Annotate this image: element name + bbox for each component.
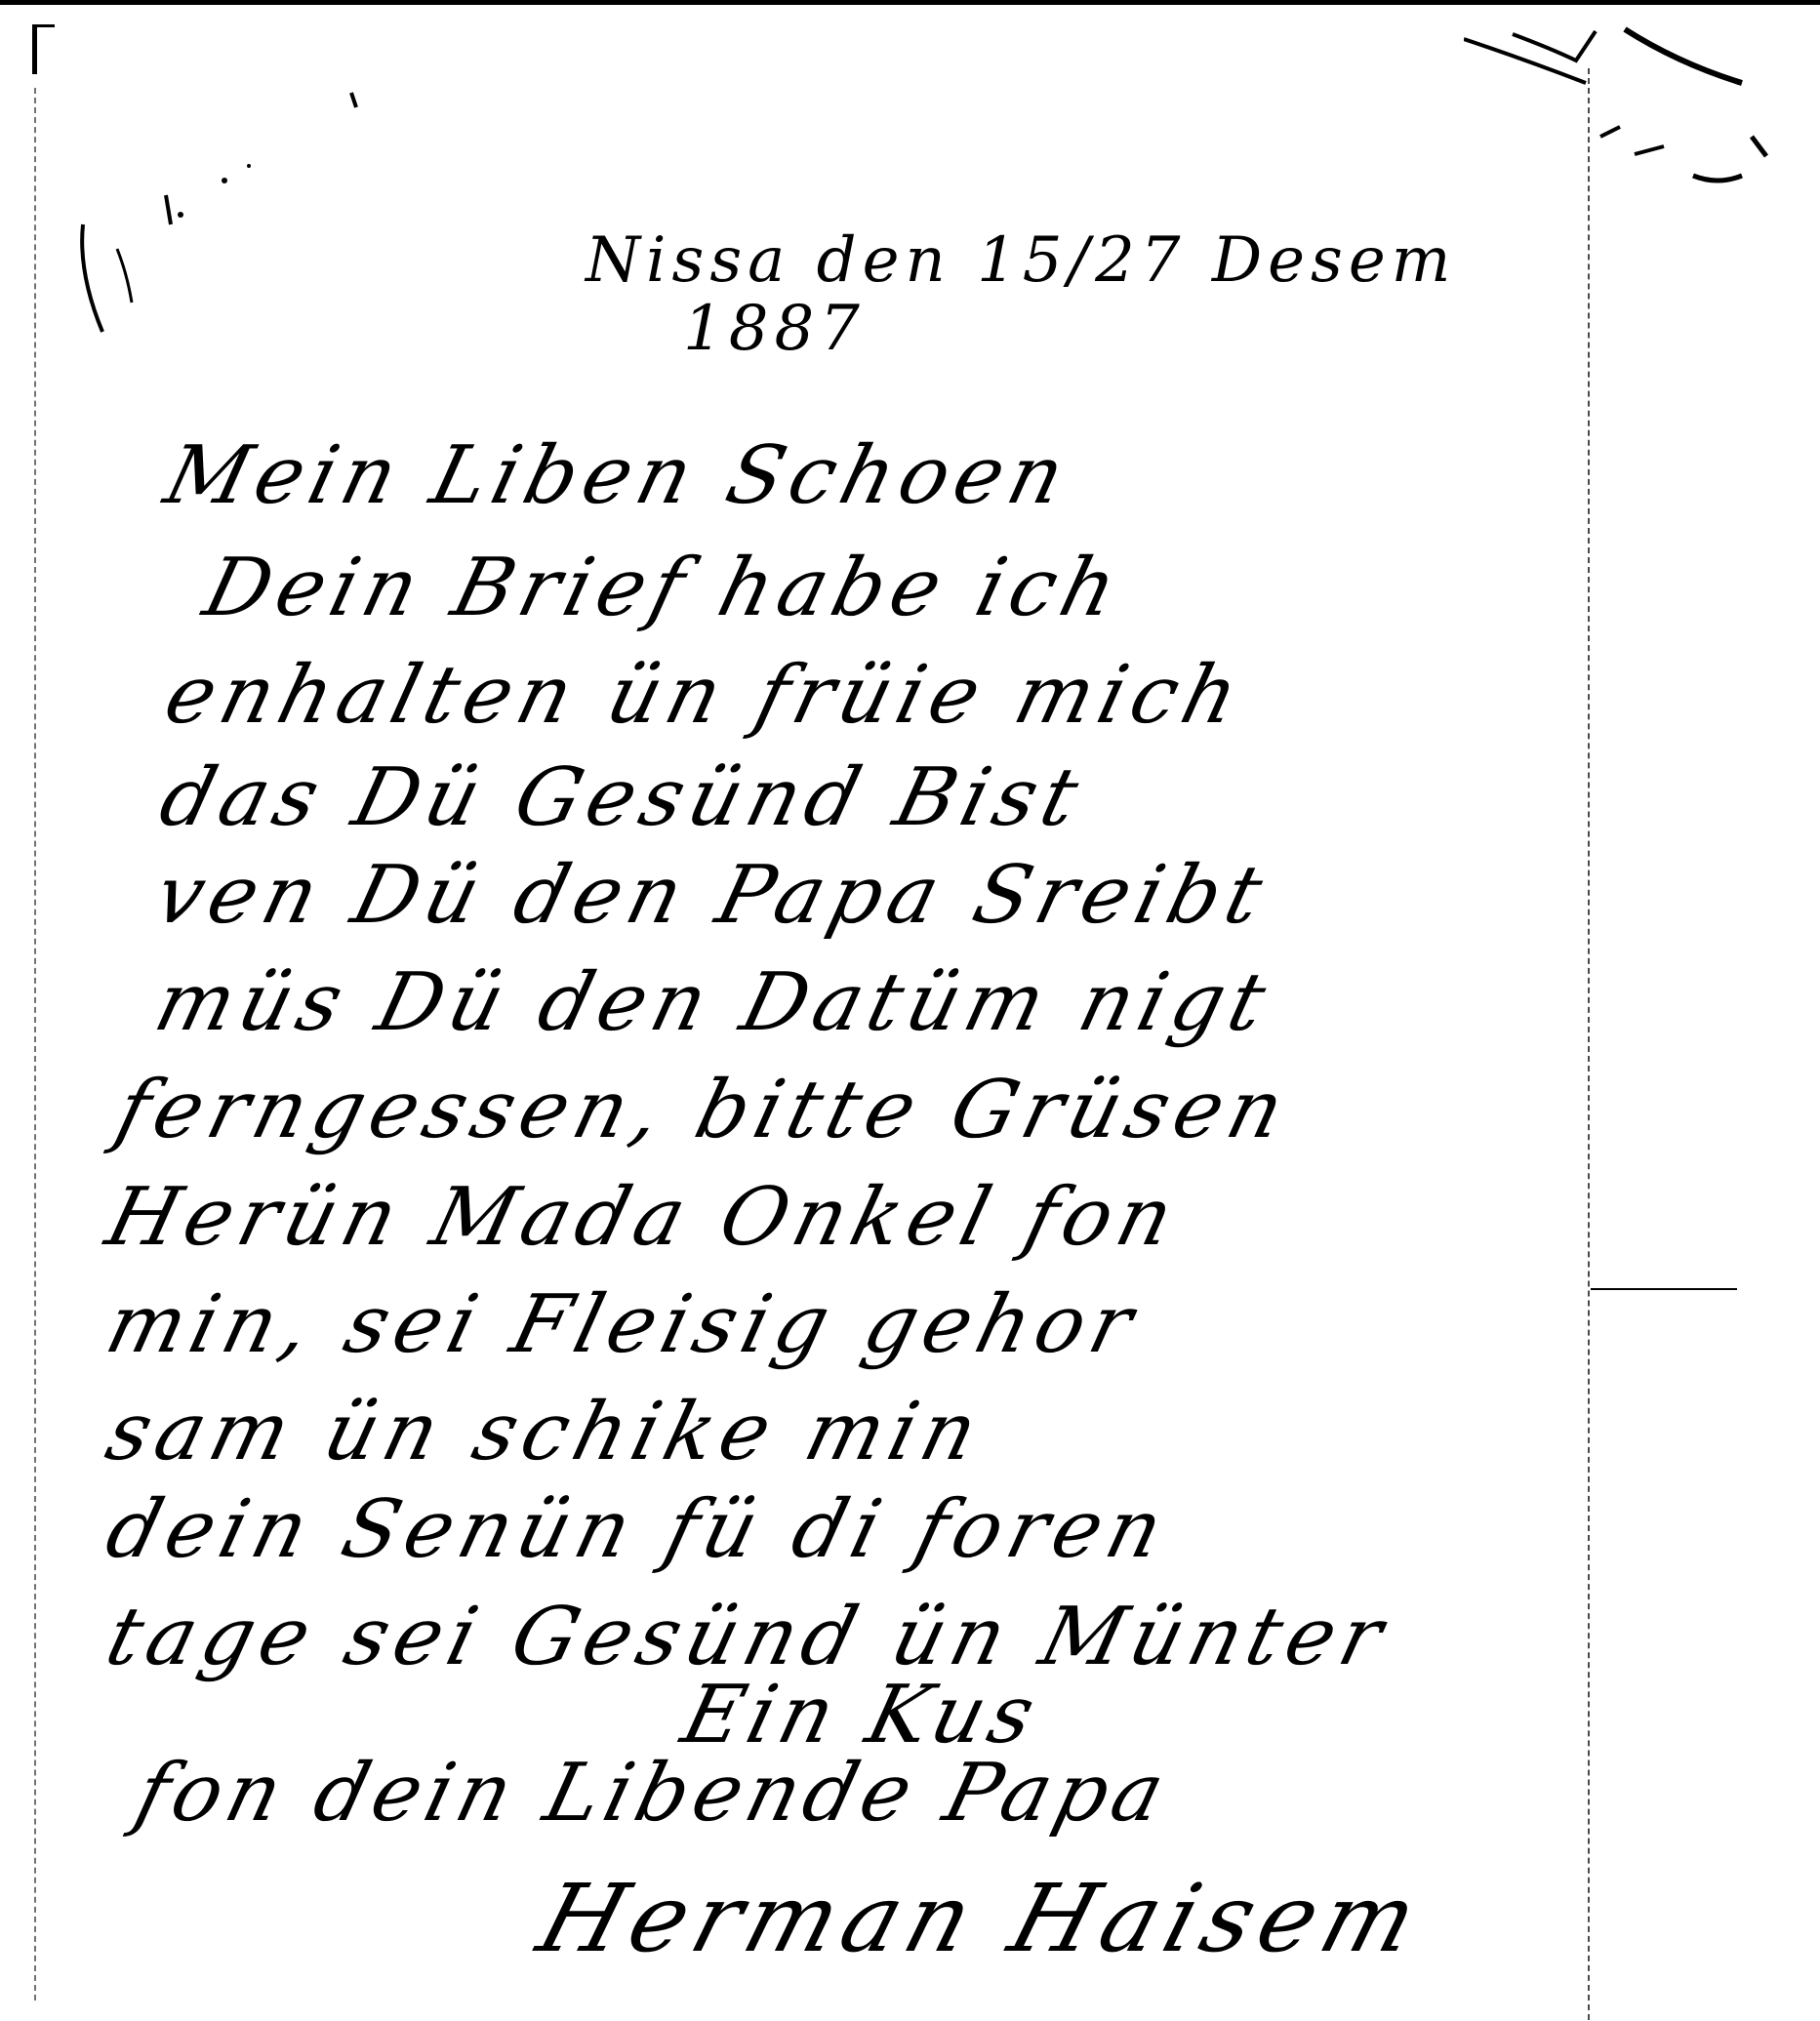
letter-line: enhalten ün früie mich (156, 649, 1254, 742)
letter-line: Dein Brief habe ich (195, 542, 1132, 634)
right-margin-tick (1591, 1288, 1737, 1290)
right-page-edge (1588, 68, 1590, 2020)
closing-from: fon dein Libende Papa (127, 1747, 1179, 1839)
salutation: Mein Liben Schoen (156, 429, 1079, 522)
dateline-year: 1887 (683, 293, 866, 365)
top-left-scribble-marks (59, 78, 371, 351)
letter-line: min, sei Fleisig gehor (98, 1278, 1149, 1371)
letter-line: das Dü Gesünd Bist (151, 751, 1094, 844)
left-page-edge (34, 88, 36, 2001)
letter-line: Herün Mada Onkel fon (98, 1171, 1189, 1264)
signature: Herman Haisem (527, 1864, 1436, 1973)
letter-line: sam ün schike min (98, 1386, 992, 1478)
letter-line: dein Senün fü di foren (98, 1483, 1178, 1576)
letter-line: ven Dü den Papa Sreibt (146, 849, 1277, 942)
dateline-place-date: Nissa den 15/27 Desem (586, 224, 1456, 297)
letter-line: ferngessen, bitte Grüsen (107, 1064, 1299, 1156)
page-corner-mark (32, 24, 55, 74)
top-right-scribble-marks (1464, 10, 1820, 205)
letter-line: müs Dü den Datüm nigt (146, 956, 1281, 1049)
scan-top-border (0, 0, 1820, 5)
